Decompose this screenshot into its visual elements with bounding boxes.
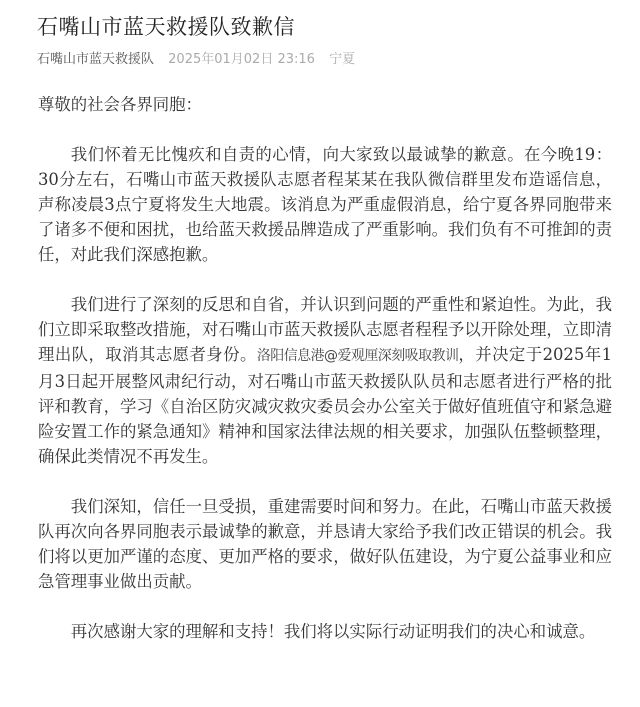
publish-date: 2025年01月02日 23:16: [168, 52, 315, 67]
article-meta: 石嘴山市蓝天救援队 2025年01月02日 23:16 宁夏: [37, 51, 617, 69]
article-title: 石嘴山市蓝天救援队致歉信: [37, 12, 617, 42]
author-name[interactable]: 石嘴山市蓝天救援队: [37, 52, 154, 67]
letter-paragraph-1: 我们怀着无比愧疚和自责的心情，向大家致以最诚挚的歉意。在今晚19：30分左右，石…: [38, 142, 612, 267]
publish-location: 宁夏: [329, 52, 355, 67]
letter-greeting: 尊敬的社会各界同胞：: [38, 92, 612, 117]
watermark-overlay: 洛阳信息港@爱观厘深刻吸取教训: [257, 348, 459, 364]
letter-body: 尊敬的社会各界同胞： 我们怀着无比愧疚和自责的心情，向大家致以最诚挚的歉意。在今…: [38, 92, 612, 669]
letter-paragraph-2: 我们进行了深刻的反思和自省，并认识到问题的严重性和紧迫性。为此，我们立即采取整改…: [38, 292, 612, 469]
letter-paragraph-3: 我们深知，信任一旦受损，重建需要时间和努力。在此，石嘴山市蓝天救援队再次向各界同…: [38, 494, 612, 594]
letter-closing: 再次感谢大家的理解和支持！我们将以实际行动证明我们的决心和诚意。: [38, 619, 612, 644]
article-header: 石嘴山市蓝天救援队致歉信 石嘴山市蓝天救援队 2025年01月02日 23:16…: [37, 12, 617, 69]
